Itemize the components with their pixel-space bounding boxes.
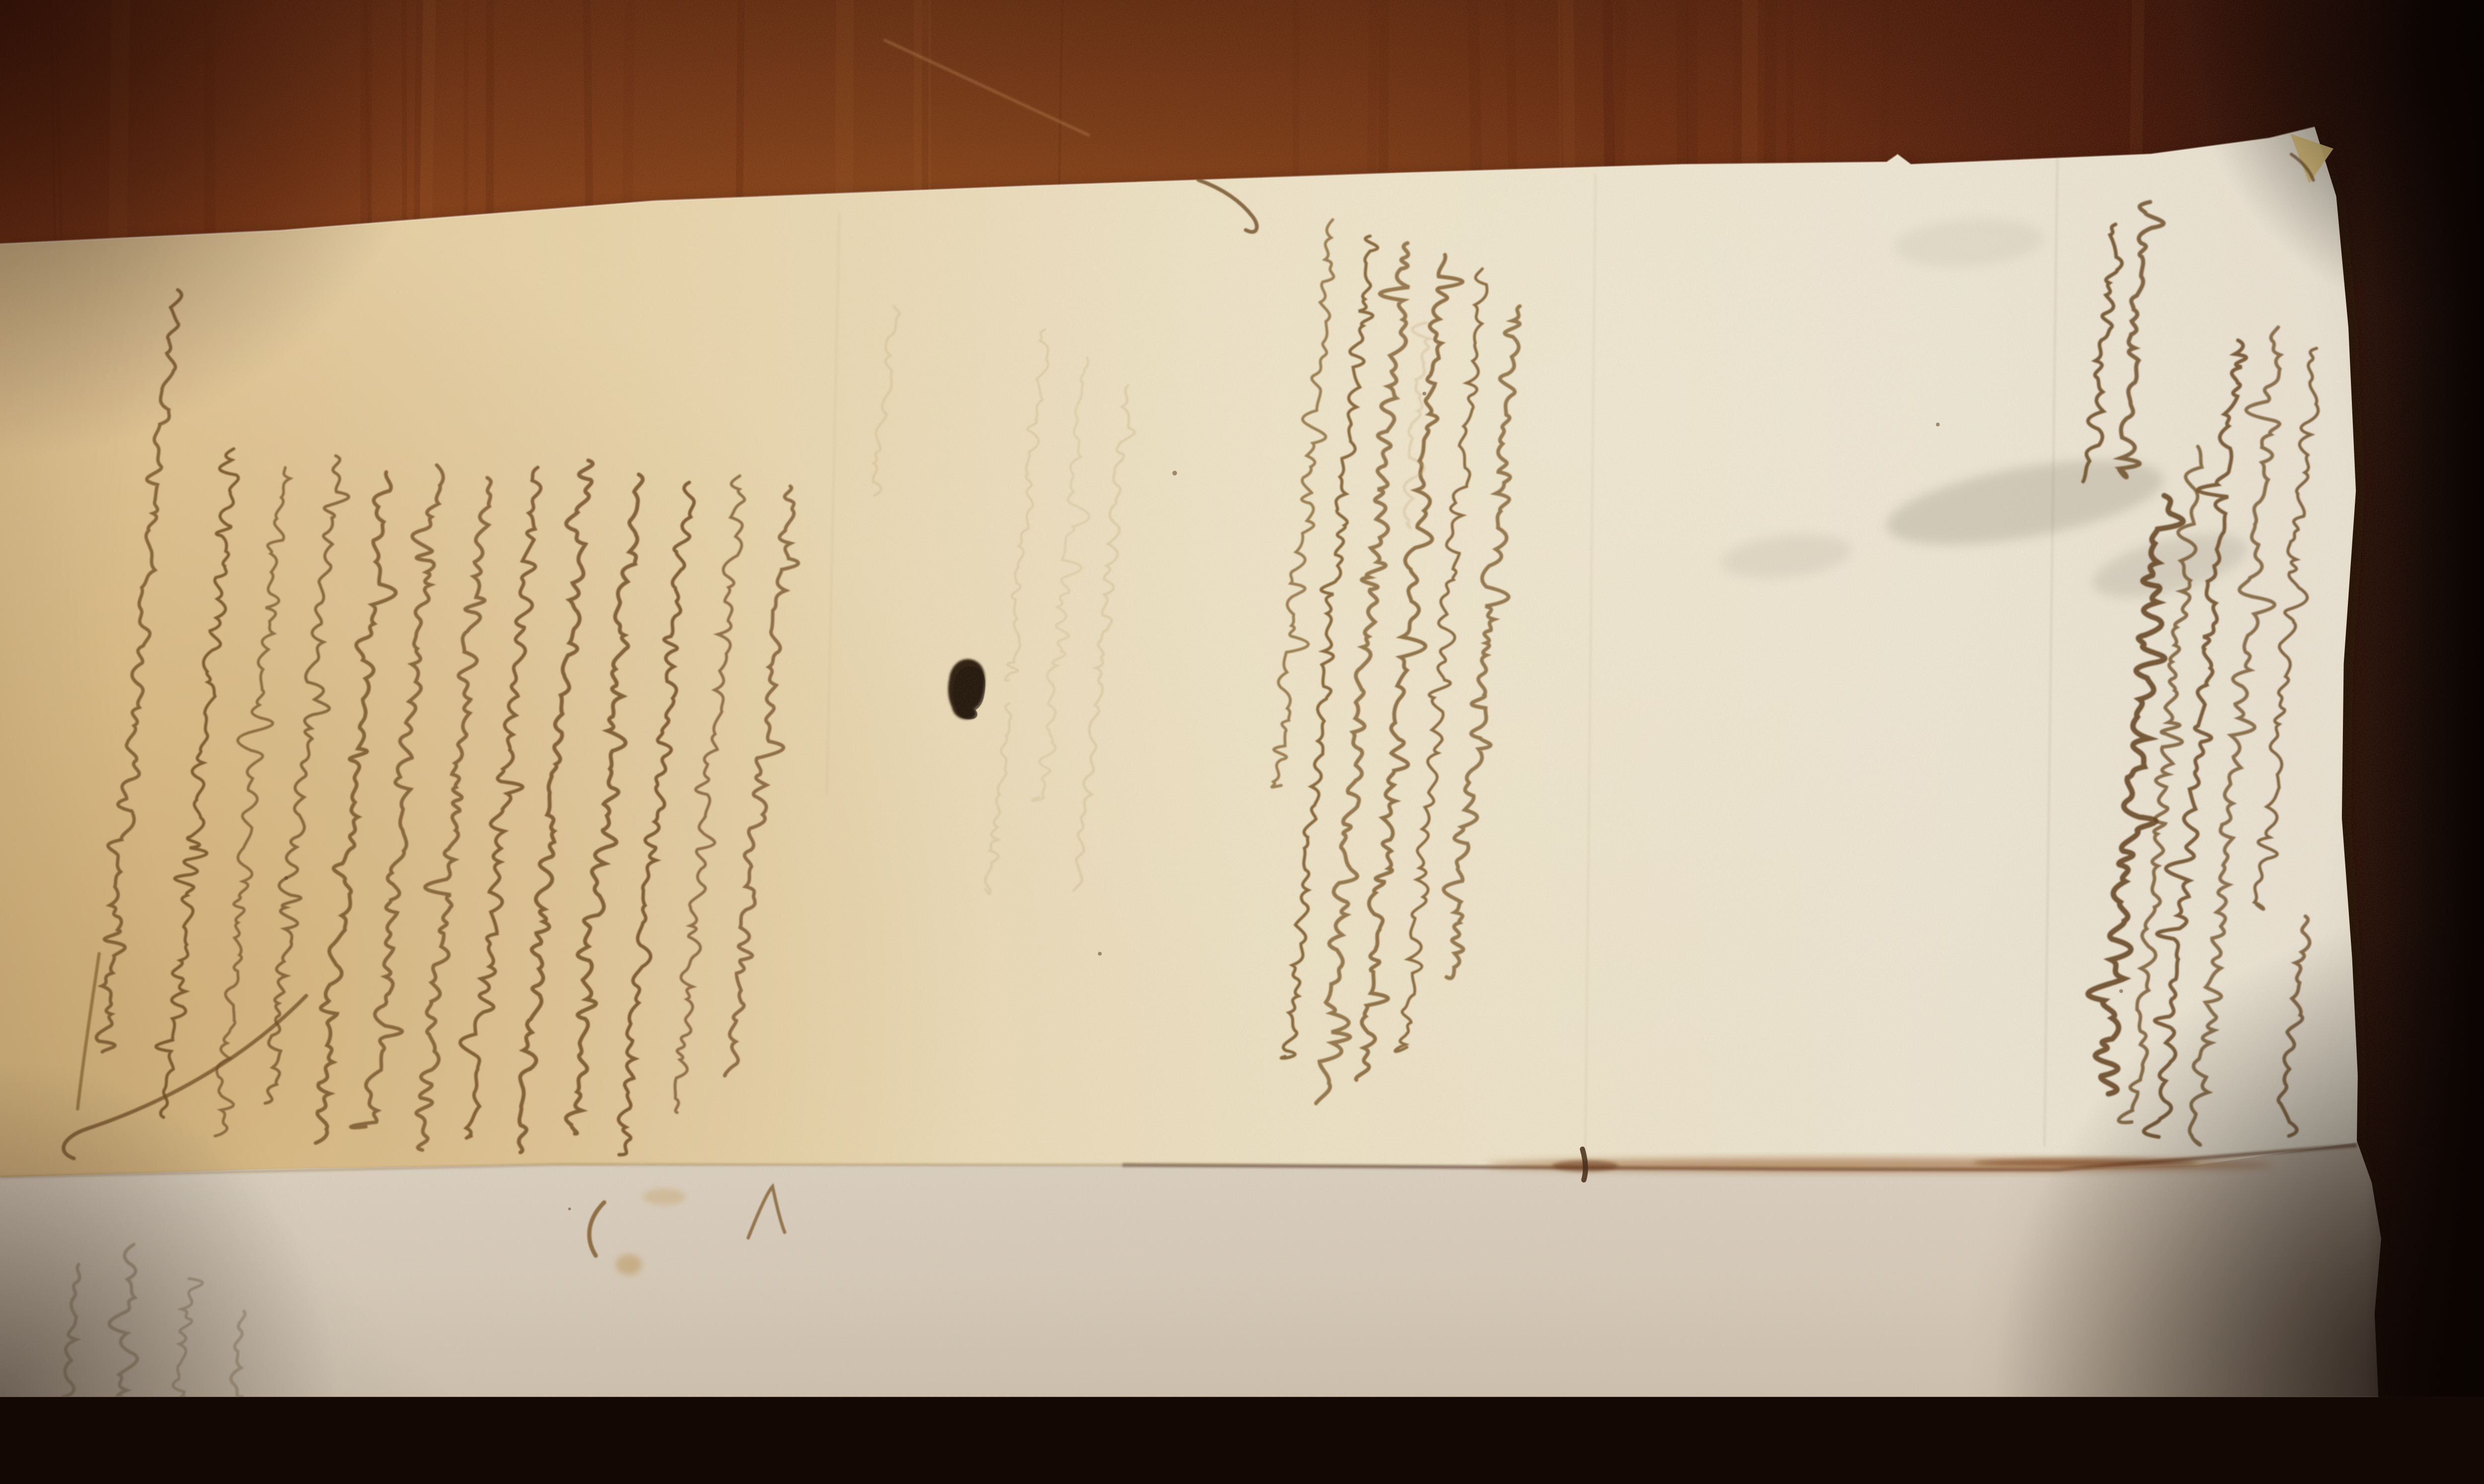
photo-vignette [0, 0, 2484, 1397]
scene-canvas [0, 0, 2484, 1397]
manuscript-photo [0, 0, 2484, 1397]
